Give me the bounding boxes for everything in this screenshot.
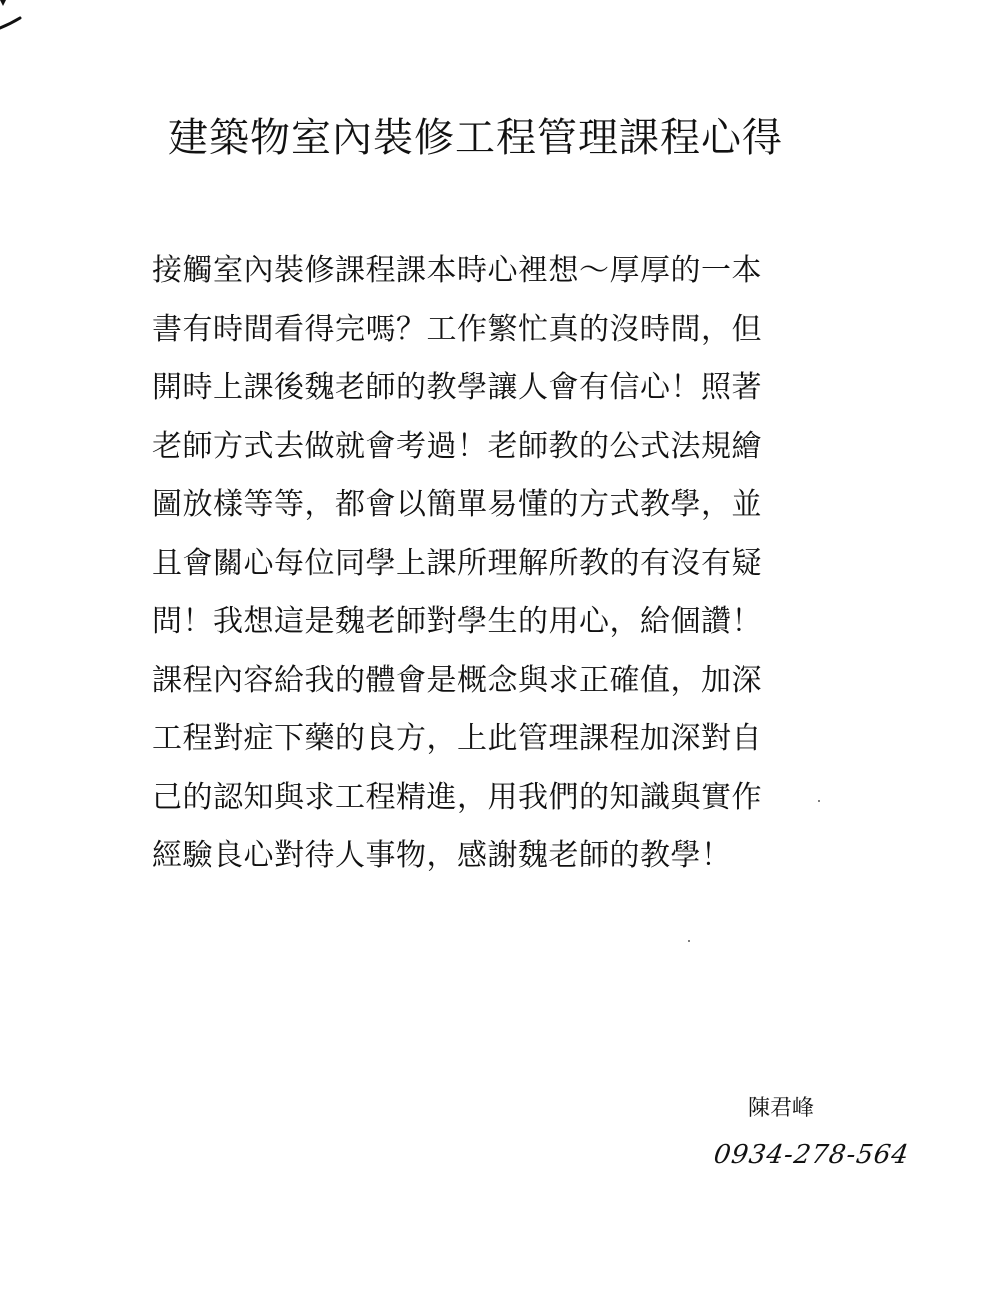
signature-name: 陳君峰 bbox=[748, 1094, 814, 1124]
scan-corner-mark-icon bbox=[0, 0, 40, 40]
body-line: 書有時間看得完嗎？工作繁忙真的沒時間，但 bbox=[152, 301, 842, 360]
body-line: 己的認知與求工程精進，用我們的知識與實作 bbox=[152, 769, 842, 828]
body-line: 課程內容給我的體會是概念與求正確值，加深 bbox=[152, 652, 842, 711]
body-line: 圖放樣等等，都會以簡單易懂的方式教學，並 bbox=[152, 476, 842, 535]
body-line: 工程對症下藥的良方，上此管理課程加深對自 bbox=[152, 710, 842, 769]
body-line: 問！我想這是魏老師對學生的用心，給個讚！ bbox=[152, 593, 842, 652]
signature-phone: 0934-278-564 bbox=[712, 1138, 912, 1172]
body-line: 接觸室內裝修課程課本時心裡想～厚厚的一本 bbox=[152, 242, 842, 301]
document-title: 建築物室內裝修工程管理課程心得 bbox=[168, 112, 848, 164]
body-line: 經驗良心對待人事物，感謝魏老師的教學！ bbox=[152, 827, 842, 886]
body-line: 且會關心每位同學上課所理解所教的有沒有疑 bbox=[152, 535, 842, 594]
scan-speck bbox=[688, 940, 690, 942]
scan-speck bbox=[818, 800, 820, 802]
body-line: 開時上課後魏老師的教學讓人會有信心！照著 bbox=[152, 359, 842, 418]
document-body: 接觸室內裝修課程課本時心裡想～厚厚的一本 書有時間看得完嗎？工作繁忙真的沒時間，… bbox=[152, 242, 842, 886]
body-line: 老師方式去做就會考過！老師教的公式法規繪 bbox=[152, 418, 842, 477]
